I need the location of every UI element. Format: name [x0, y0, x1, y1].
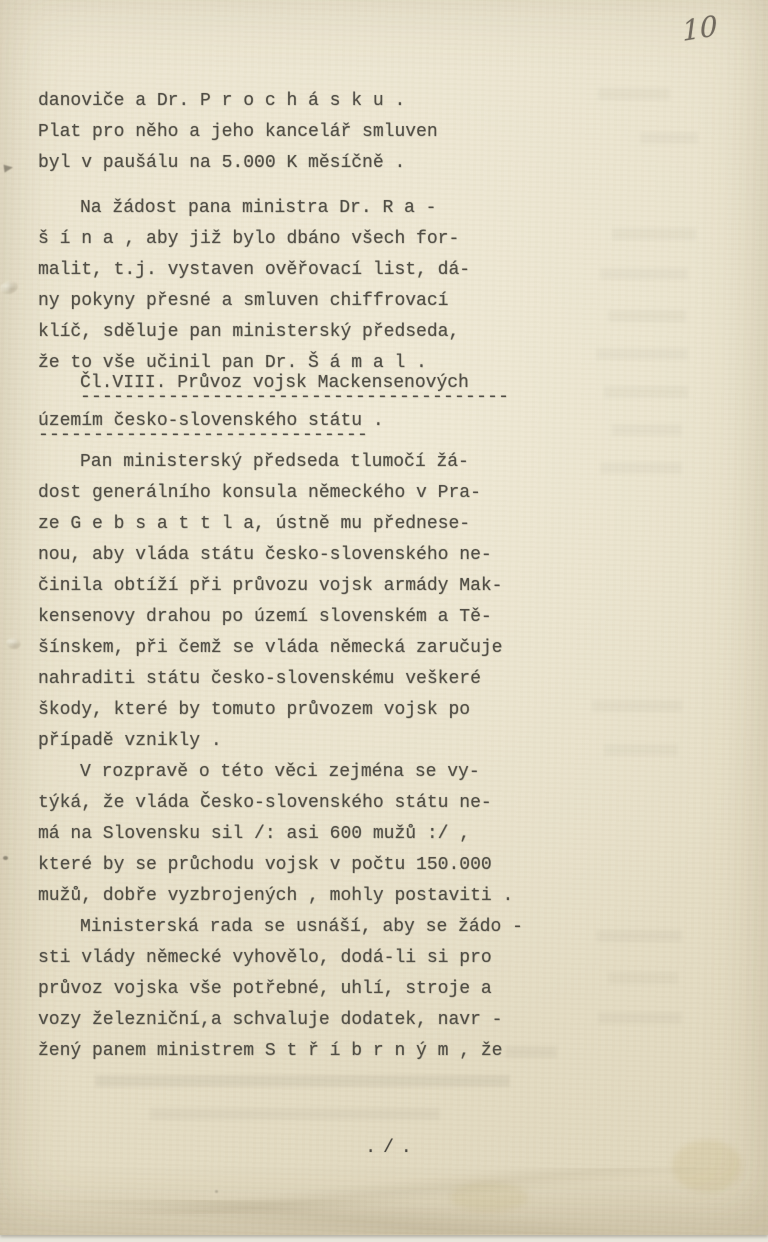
p3-zadost-konsula: Pan ministerský předseda tlumočí žá-dost… — [38, 447, 568, 757]
document-line: případě vznikly . — [38, 726, 568, 757]
document-line: šínskem, při čemž se vláda německá zaruč… — [38, 633, 568, 664]
bleedthrough-mark — [640, 132, 698, 144]
bleedthrough-mark — [612, 228, 696, 240]
document-line: Plat pro něho a jeho kancelář smluven — [38, 117, 568, 148]
document-line: sti vlády německé vyhovělo, dodá-li si p… — [38, 943, 568, 974]
ink-speck — [215, 1190, 218, 1193]
document-line: ny pokyny přesné a smluven chiffrovací — [38, 286, 568, 317]
document-line: malit, t.j. vystaven ověřovací list, dá- — [38, 255, 568, 286]
document-line: činila obtíží při průvozu vojsk armády M… — [38, 571, 568, 602]
pencil-tick-mark — [3, 163, 13, 172]
heading-cl-viii: Čl.VIII. Průvoz vojsk Mackensenových----… — [38, 371, 568, 447]
document-line: Ministerská rada se usnáší, aby se žádo … — [38, 912, 568, 943]
bleedthrough-mark — [604, 744, 678, 756]
bleedthrough-mark — [608, 310, 686, 322]
bleedthrough-mark — [598, 88, 670, 100]
document-line: nou, aby vláda státu česko-slovenského n… — [38, 540, 568, 571]
bleedthrough-mark — [150, 1108, 440, 1120]
document-line: mužů, dobře vyzbrojených , mohly postavi… — [38, 881, 568, 912]
document-line: nahraditi státu česko-slovenskému vešker… — [38, 664, 568, 695]
underline-dashes: ------------------------------ — [38, 431, 568, 447]
document-line: Pan ministerský předseda tlumočí žá- — [38, 447, 568, 478]
p1-zadost-ministra: Na žádost pana ministra Dr. R a -š í n a… — [38, 193, 568, 379]
document-line: dost generálního konsula německého v Pra… — [38, 478, 568, 509]
p4-rozprava: V rozpravě o této věci zejména se vy-týk… — [38, 757, 568, 912]
document-line: byl v paušálu na 5.000 K měsíčně . — [38, 148, 568, 179]
bleedthrough-mark — [600, 268, 688, 280]
paper-wrinkle — [0, 1168, 768, 1214]
paper-stain — [450, 1182, 528, 1212]
document-line: škody, které by tomuto průvozem vojsk po — [38, 695, 568, 726]
document-line: Na žádost pana ministra Dr. R a - — [38, 193, 568, 224]
document-line: průvoz vojska vše potřebné, uhlí, stroje… — [38, 974, 568, 1005]
paper-wrinkle — [0, 1200, 768, 1234]
underline-dashes: --------------------------------------- — [38, 393, 568, 409]
document-line: danoviče a Dr. P r o c h á s k u . — [38, 86, 568, 117]
document-line: ze G e b s a t t l a, ústně mu přednese- — [38, 509, 568, 540]
document-line: které by se průchodu vojsk v počtu 150.0… — [38, 850, 568, 881]
ink-speck — [3, 856, 8, 860]
document-page: 10 danoviče a Dr. P r o c h á s k u .Pla… — [0, 0, 768, 1235]
bleedthrough-mark — [592, 700, 682, 712]
paper-dimple — [5, 637, 22, 650]
typed-text: danoviče a Dr. P r o c h á s k u .Plat p… — [38, 86, 568, 1067]
bleedthrough-mark — [612, 424, 682, 436]
document-line: š í n a , aby již bylo dbáno všech for- — [38, 224, 568, 255]
bleedthrough-mark — [596, 348, 688, 360]
p5-usneseni: Ministerská rada se usnáší, aby se žádo … — [38, 912, 568, 1067]
document-line: týká, že vláda Česko-slovenského státu n… — [38, 788, 568, 819]
handwritten-page-number: 10 — [682, 9, 719, 48]
bleedthrough-mark — [600, 462, 682, 474]
bleedthrough-mark — [95, 1075, 510, 1087]
document-line: vozy železniční,a schvaluje dodatek, nav… — [38, 1005, 568, 1036]
document-line: má na Slovensku sil /: asi 600 mužů :/ , — [38, 819, 568, 850]
document-line: V rozpravě o této věci zejména se vy- — [38, 757, 568, 788]
document-line: žený panem ministrem S t ř í b r n ý m ,… — [38, 1036, 568, 1067]
end-of-page-continuation-mark: ./. — [362, 1138, 422, 1158]
paper-dimple — [0, 279, 19, 296]
bleedthrough-mark — [608, 972, 678, 984]
document-line: klíč, sděluje pan ministerský předseda, — [38, 317, 568, 348]
bleedthrough-mark — [604, 386, 688, 398]
bleedthrough-mark — [598, 1012, 682, 1024]
p0-continuation: danoviče a Dr. P r o c h á s k u .Plat p… — [38, 86, 568, 179]
bleedthrough-mark — [596, 930, 682, 942]
document-line: kensenovy drahou po území slovenském a T… — [38, 602, 568, 633]
paper-stain — [672, 1140, 742, 1192]
